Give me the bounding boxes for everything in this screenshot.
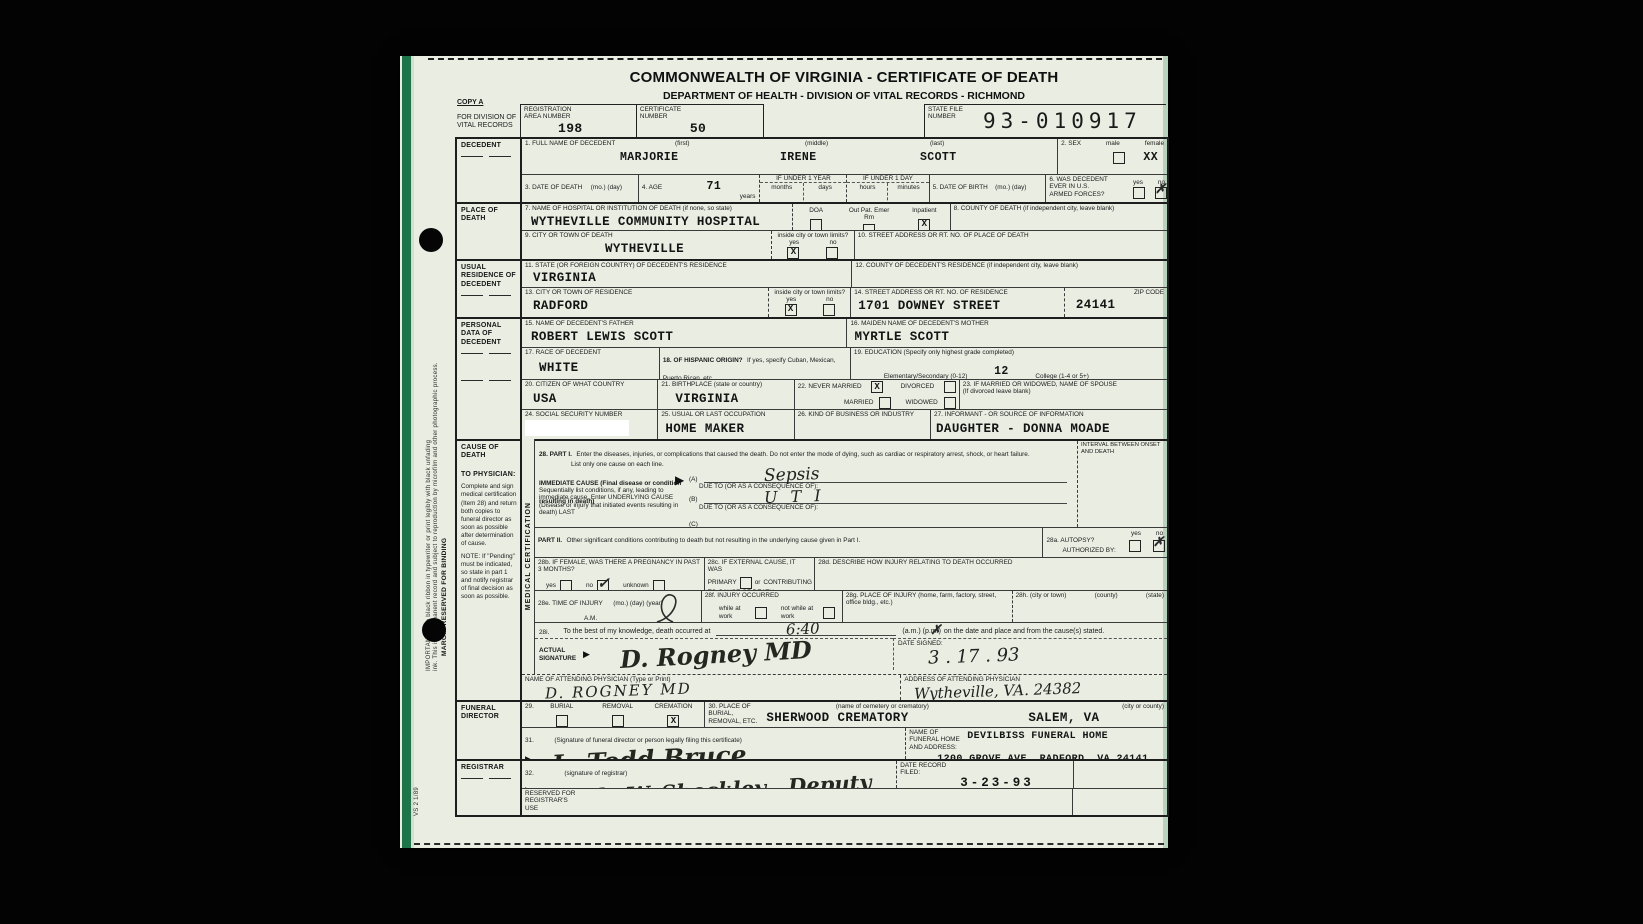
crematory-area: (name of cemetery or crematory) SHERWOOD… bbox=[766, 703, 998, 726]
field-informant: 27. INFORMANT - OR SOURCE OF INFORMATION… bbox=[930, 410, 1167, 439]
field-street-address-death: 10. STREET ADDRESS OR RT. NO. OF PLACE O… bbox=[854, 231, 1167, 259]
spouse-label: 23. IF MARRIED OR WIDOWED, NAME OF SPOUS… bbox=[963, 381, 1164, 388]
burial-col: BURIAL bbox=[534, 703, 590, 726]
hospital-value: WYTHEVILLE COMMUNITY HOSPITAL bbox=[531, 216, 789, 230]
armed-forces-no-mark: ✗ bbox=[1155, 183, 1166, 196]
first-hint: (first) bbox=[675, 140, 805, 147]
field-birthplace: 21. BIRTHPLACE (state or country) VIRGIN… bbox=[657, 380, 793, 409]
reserved-label: RESERVED FOR REGISTRAR'S USE bbox=[525, 790, 581, 812]
row-parents: 15. NAME OF DECEDENT'S FATHER ROBERT LEW… bbox=[522, 317, 1167, 347]
first-name-value: MARJORIE bbox=[620, 152, 780, 165]
birthplace-value: VIRGINIA bbox=[675, 393, 790, 407]
age-years-label: years bbox=[740, 193, 756, 200]
hospital-label: 7. NAME OF HOSPITAL OR INSTITUTION OF DE… bbox=[525, 205, 789, 212]
sidebar-dashes bbox=[461, 380, 518, 381]
actual-signature-area: ACTUAL SIGNATURE ▶ D. Rogney MD bbox=[535, 638, 893, 670]
place-of-injury-label: 28g. PLACE OF INJURY (home, farm, factor… bbox=[846, 592, 1009, 607]
sidebar-personal-label: PERSONAL DATA OF DECEDENT bbox=[461, 322, 518, 347]
cremation-mark: X bbox=[671, 717, 676, 726]
row-ssn-occupation: 24. SOCIAL SECURITY NUMBER 25. USUAL OR … bbox=[522, 409, 1167, 439]
injury-description-label: 28d. DESCRIBE HOW INJURY RELATING TO DEA… bbox=[818, 559, 1164, 566]
armed-forces-yes-checkbox bbox=[1133, 187, 1145, 199]
disposition-num: 29. bbox=[525, 703, 534, 726]
interval-label: INTERVAL BETWEEN ONSET AND DEATH bbox=[1081, 442, 1164, 455]
occupation-value: HOME MAKER bbox=[665, 423, 790, 437]
field-part1: 28. PART I. Enter the diseases, injuries… bbox=[535, 441, 1077, 527]
sidebar-registrar: REGISTRAR bbox=[457, 759, 520, 815]
armed-forces-yes-label: yes bbox=[1133, 179, 1143, 186]
sex-male-checkbox bbox=[1113, 152, 1125, 164]
contributing-label: CONTRIBUTING bbox=[763, 579, 812, 586]
signature-strip: ACTUAL SIGNATURE ▶ D. Rogney MD DATE SIG… bbox=[535, 638, 1167, 670]
injury-city-label: 28h. (city or town) bbox=[1016, 592, 1067, 599]
field-citizen: 20. CITIZEN OF WHAT COUNTRY USA bbox=[522, 380, 657, 409]
pregnancy-no-mark: ✓ bbox=[597, 576, 610, 590]
residence-street-label: 14. STREET ADDRESS OR RT. NO. OF RESIDEN… bbox=[854, 289, 1061, 296]
residence-street-value: 1701 DOWNEY STREET bbox=[858, 300, 1061, 314]
married-label: MARRIED bbox=[844, 399, 873, 406]
sequential-note: Sequentially list conditions, if any, le… bbox=[539, 487, 679, 516]
state-file-label: STATE FILE NUMBER bbox=[928, 106, 980, 121]
row-city-of-death: 9. CITY OR TOWN OF DEATH WYTHEVILLE insi… bbox=[522, 230, 1167, 259]
field-residence-county: 12. COUNTY OF DECEDENT'S RESIDENCE (if i… bbox=[851, 261, 1167, 287]
registration-area-cell: REGISTRATION AREA NUMBER 198 bbox=[521, 105, 636, 138]
sidebar-dashes bbox=[461, 295, 518, 296]
part1-intro-text2: List only one cause on each line. bbox=[571, 461, 1073, 468]
autopsy-sub-label: AUTHORIZED BY: bbox=[1062, 547, 1164, 554]
certificate-number-cell: CERTIFICATE NUMBER 50 bbox=[636, 105, 763, 138]
sidebar-funeral-label: FUNERAL DIRECTOR bbox=[461, 705, 518, 722]
sex-male-label: male bbox=[1106, 140, 1120, 147]
line-c-fill bbox=[704, 517, 1067, 527]
under-1-year-label: IF UNDER 1 YEAR bbox=[760, 175, 846, 183]
race-value: WHITE bbox=[539, 362, 656, 376]
cause-a-value: Sepsis bbox=[763, 466, 819, 485]
informant-value: DAUGHTER - DONNA MOADE bbox=[936, 423, 1164, 437]
sidebar-funeral-director: FUNERAL DIRECTOR bbox=[457, 700, 520, 759]
residence-county-label: 12. COUNTY OF DECEDENT'S RESIDENCE (if i… bbox=[855, 262, 1164, 269]
days-label: days bbox=[803, 183, 846, 202]
row-reserved: RESERVED FOR REGISTRAR'S USE bbox=[522, 788, 1167, 815]
widowed-checkbox bbox=[944, 397, 956, 409]
row-part1: 28. PART I. Enter the diseases, injuries… bbox=[535, 439, 1167, 527]
part1-label: 28. PART I. bbox=[539, 451, 572, 458]
state-file-value-cell: 93-010917 bbox=[983, 105, 1166, 138]
residence-limits-yes-mark: X bbox=[788, 305, 793, 314]
place-of-burial-label: 30. PLACE OF BURIAL, REMOVAL, ETC. bbox=[708, 703, 766, 726]
or-label: or bbox=[755, 579, 761, 586]
registration-area-label: REGISTRATION AREA NUMBER bbox=[524, 106, 584, 121]
injury-occurred-boxes: while at work not while at work bbox=[719, 605, 839, 620]
date-signed-value: 3 . 17 . 93 bbox=[928, 647, 1020, 668]
limits-yes-checkbox: X bbox=[787, 247, 799, 259]
physician-name-value: D. ROGNEY MD bbox=[545, 682, 692, 700]
date-filed-label: DATE RECORD FILED: bbox=[900, 762, 950, 777]
state-file-number: 93-010917 bbox=[983, 111, 1142, 132]
field-reserved: RESERVED FOR REGISTRAR'S USE bbox=[522, 789, 1072, 815]
education-grade-value: 12 bbox=[994, 365, 1009, 378]
pregnancy-boxes: yes no ✓ unknown bbox=[538, 580, 701, 590]
field-marital-status: 22. NEVER MARRIED X DIVORCED MARRIED WID… bbox=[794, 380, 959, 409]
residence-limits-boxes: X bbox=[771, 304, 848, 316]
field-registrar-signature: 32. (signature of registrar) ▶ Carole W.… bbox=[522, 761, 896, 788]
field-spouse: 23. IF MARRIED OR WIDOWED, NAME OF SPOUS… bbox=[959, 380, 1167, 409]
city-of-death-value: WYTHEVILLE bbox=[605, 243, 768, 257]
outpat-col: Out Pat. Emer Rm bbox=[839, 204, 899, 230]
autopsy-yes-checkbox bbox=[1129, 540, 1141, 552]
residence-state-label: 11. STATE (OR FOREIGN COUNTRY) OF DECEDE… bbox=[525, 262, 848, 269]
while-at-work-label: while at work bbox=[719, 605, 747, 620]
pregnancy-unknown-checkbox bbox=[653, 580, 665, 590]
document-title: COMMONWEALTH OF VIRGINIA - CERTIFICATE O… bbox=[530, 69, 1158, 87]
sidebar-place-of-death: PLACE OF DEATH bbox=[457, 202, 520, 259]
field-external-cause: 28c. IF EXTERNAL CAUSE, IT WAS PRIMARY o… bbox=[704, 558, 815, 590]
cremation-checkbox: X bbox=[667, 715, 679, 727]
field-residence-state: 11. STATE (OR FOREIGN COUNTRY) OF DECEDE… bbox=[522, 261, 851, 287]
field-death-location-type: DOA Out Pat. Emer Rm Inpatient X bbox=[792, 204, 950, 230]
field-date-filed: DATE RECORD FILED: 3-23-93 bbox=[896, 761, 1073, 788]
field-residence-street: 14. STREET ADDRESS OR RT. NO. OF RESIDEN… bbox=[850, 288, 1064, 317]
registrar-sig-num: 32. bbox=[525, 770, 534, 777]
row-part2: PART II. Other significant conditions co… bbox=[535, 527, 1167, 557]
ampm-label: (a.m.) (p.m.) ✗ bbox=[902, 628, 941, 636]
sidebar-dashes bbox=[461, 156, 518, 157]
field-city-of-death: 9. CITY OR TOWN OF DEATH WYTHEVILLE bbox=[522, 231, 771, 259]
line-b-label: (B) bbox=[689, 496, 698, 503]
cremation-col: CREMATION X bbox=[646, 703, 702, 726]
residence-limits-label: inside city or town limits? bbox=[771, 289, 848, 296]
row-hospital: 7. NAME OF HOSPITAL OR INSTITUTION OF DE… bbox=[522, 202, 1167, 230]
copy-label: COPY A bbox=[457, 99, 527, 107]
burial-city-hint: (city or county) bbox=[998, 703, 1164, 710]
sidebar-physician-note2: NOTE: If "Pending" must be indicated, so… bbox=[461, 553, 518, 602]
limits-no-label: no bbox=[829, 239, 836, 246]
bottom-perforation-line bbox=[414, 843, 1164, 845]
signature-arrow-icon: ▶ bbox=[583, 649, 590, 660]
funeral-director-signature-script: L. Todd Bruce bbox=[551, 742, 747, 759]
form-sidebar: DECEDENT PLACE OF DEATH USUAL RESIDENCE … bbox=[457, 139, 522, 815]
field-autopsy: 28a. AUTOPSY? AUTHORIZED BY: yes no ✗ bbox=[1042, 528, 1167, 557]
residence-limits-yes-label: yes bbox=[786, 296, 796, 303]
crematory-value: SHERWOOD CREMATORY bbox=[766, 712, 998, 726]
pm-mark: ✗ bbox=[930, 624, 941, 637]
cause-lines: (A) Sepsis DUE TO (OR AS A CONSEQUENCE O… bbox=[689, 472, 1073, 527]
pregnancy-yes-label: yes bbox=[546, 582, 556, 589]
city-limits-boxes: X bbox=[774, 247, 852, 259]
county-of-death-label: 8. COUNTY OF DEATH (if independent city,… bbox=[954, 205, 1164, 212]
father-name-value: ROBERT LEWIS SCOTT bbox=[531, 331, 843, 345]
sidebar-dashes bbox=[461, 778, 518, 779]
field-city-limits-residence: inside city or town limits? yes no X bbox=[768, 288, 850, 317]
part2-label: PART II. bbox=[538, 537, 562, 544]
registration-area-value: 198 bbox=[558, 122, 633, 136]
medical-certification-strip: MEDICAL CERTIFICATION bbox=[522, 439, 535, 674]
residence-state-value: VIRGINIA bbox=[533, 272, 848, 286]
state-file-box: STATE FILE NUMBER 93-010917 bbox=[924, 104, 1166, 139]
father-name-label: 15. NAME OF DECEDENT'S FATHER bbox=[525, 320, 843, 327]
not-while-at-work-label: not while at work bbox=[781, 605, 815, 620]
margin-binding-text: MARGIN RESERVED FOR BINDING bbox=[441, 326, 449, 656]
primary-checkbox bbox=[740, 577, 752, 589]
field-date-of-death: 3. DATE OF DEATH (mo.) (day) (year) 3-17… bbox=[522, 175, 638, 202]
education-values: Elementary/Secondary (0-12) 12 College (… bbox=[854, 361, 1164, 379]
field-if-under-1-day: IF UNDER 1 DAY hours minutes bbox=[846, 175, 928, 202]
full-name-values: MARJORIE IRENE SCOTT bbox=[525, 152, 1054, 165]
limits-yes-mark: X bbox=[791, 248, 796, 257]
last-name-value: SCOTT bbox=[920, 152, 957, 165]
field-full-name: 1. FULL NAME OF DECEDENT (first) (middle… bbox=[522, 139, 1057, 174]
cert-28i-label: 28i. bbox=[539, 629, 549, 636]
binding-strip-highlight bbox=[411, 56, 414, 848]
field-time-of-injury: 28e. TIME OF INJURY (mo.) (day) (year) A… bbox=[535, 591, 701, 622]
sidebar-decedent: DECEDENT bbox=[457, 139, 520, 202]
certificate-form: DECEDENT PLACE OF DEATH USUAL RESIDENCE … bbox=[455, 137, 1169, 817]
marital-row1: 22. NEVER MARRIED X DIVORCED bbox=[798, 381, 956, 393]
field-place-of-burial: 30. PLACE OF BURIAL, REMOVAL, ETC. (name… bbox=[704, 702, 1167, 727]
sex-female-label: female bbox=[1145, 140, 1164, 147]
screenshot-stage: COMMONWEALTH OF VIRGINIA - CERTIFICATE O… bbox=[0, 0, 1643, 924]
row-residence-state: 11. STATE (OR FOREIGN COUNTRY) OF DECEDE… bbox=[522, 259, 1167, 287]
sex-labels: 2. SEX male female bbox=[1061, 140, 1164, 147]
document-header: COMMONWEALTH OF VIRGINIA - CERTIFICATE O… bbox=[530, 69, 1158, 104]
field-part2: PART II. Other significant conditions co… bbox=[535, 528, 1042, 557]
middle-name-value: IRENE bbox=[780, 152, 920, 165]
field-pregnancy: 28b. IF FEMALE, WAS THERE A PREGNANCY IN… bbox=[535, 558, 704, 590]
field-father-name: 15. NAME OF DECEDENT'S FATHER ROBERT LEW… bbox=[522, 319, 846, 347]
physician-signature-script: D. Rogney MD bbox=[619, 637, 812, 671]
city-of-death-label: 9. CITY OR TOWN OF DEATH bbox=[525, 232, 768, 239]
sidebar-dashes bbox=[461, 353, 518, 354]
divorced-checkbox bbox=[944, 381, 956, 393]
mother-name-label: 16. MAIDEN NAME OF DECEDENT'S MOTHER bbox=[850, 320, 1164, 327]
occupation-label: 25. USUAL OR LAST OCCUPATION bbox=[661, 411, 790, 418]
field-sex: 2. SEX male female XX bbox=[1057, 139, 1167, 174]
field-injury-location: 28h. (city or town) (county) (state) bbox=[1012, 591, 1167, 622]
field-armed-forces: 6. WAS DECEDENT EVER IN U.S. ARMED FORCE… bbox=[1045, 175, 1167, 202]
sidebar-place-label: PLACE OF DEATH bbox=[461, 207, 518, 224]
field-hospital: 7. NAME OF HOSPITAL OR INSTITUTION OF DE… bbox=[522, 204, 792, 230]
burial-city-area: (city or county) SALEM, VA bbox=[998, 703, 1164, 726]
divorced-label: DIVORCED bbox=[901, 383, 935, 390]
education-label: 19. EDUCATION (Specify only highest grad… bbox=[854, 349, 1164, 356]
physician-address-value: Wytheville, VA. 24382 bbox=[914, 681, 1082, 700]
zip-label: ZIP CODE bbox=[1068, 289, 1164, 296]
field-certification: 28i. To the best of my knowledge, death … bbox=[535, 623, 1167, 674]
full-name-labels: 1. FULL NAME OF DECEDENT (first) (middle… bbox=[525, 140, 1054, 147]
outpat-label: Out Pat. Emer Rm bbox=[847, 207, 891, 222]
minutes-label: minutes bbox=[887, 183, 928, 202]
immediate-cause-arrow-icon: ▶ bbox=[675, 473, 684, 487]
injury-county-label: (county) bbox=[1095, 592, 1118, 599]
certificate-number-label: CERTIFICATE NUMBER bbox=[640, 106, 700, 121]
funeral-home-row: NAME OF FUNERAL HOME AND ADDRESS: DEVILB… bbox=[909, 729, 1164, 751]
sidebar-to-physician-label: TO PHYSICIAN: bbox=[461, 471, 518, 479]
never-married-label: 22. NEVER MARRIED bbox=[798, 383, 862, 390]
row-pregnancy-external: 28b. IF FEMALE, WAS THERE A PREGNANCY IN… bbox=[535, 557, 1167, 590]
external-cause-boxes: PRIMARY or CONTRIBUTING bbox=[708, 577, 812, 589]
age-label: 4. AGE bbox=[642, 184, 662, 191]
registrar-sig-hint: (signature of registrar) bbox=[564, 770, 627, 777]
injury-occurred-label: 28f. INJURY OCCURRED bbox=[705, 592, 839, 599]
full-name-label: 1. FULL NAME OF DECEDENT bbox=[525, 140, 675, 147]
armed-forces-no-checkbox: ✗ bbox=[1155, 187, 1167, 199]
field-city-limits-death: inside city or town limits? yes no X bbox=[771, 231, 854, 259]
birthplace-label: 21. BIRTHPLACE (state or country) bbox=[661, 381, 790, 388]
field-physician-address: ADDRESS OF ATTENDING PHYSICIAN Wythevill… bbox=[900, 675, 1167, 700]
field-education: 19. EDUCATION (Specify only highest grad… bbox=[850, 348, 1167, 379]
actual-signature-label: ACTUAL SIGNATURE bbox=[539, 647, 583, 662]
residence-city-value: RADFORD bbox=[533, 300, 765, 314]
months-label: months bbox=[760, 183, 802, 202]
field-date-of-birth: 5. DATE OF BIRTH (mo.) (day) (year) 1-21… bbox=[929, 175, 1046, 202]
line-a-fill: Sepsis bbox=[704, 472, 1067, 483]
copy-block: COPY A FOR DIVISION OF VITAL RECORDS bbox=[457, 99, 527, 130]
education-grade-line: 12 bbox=[971, 361, 1031, 379]
field-ssn: 24. SOCIAL SECURITY NUMBER bbox=[522, 410, 657, 439]
field-disposition-type: 29. BURIAL REMOVAL CREMATION X bbox=[522, 702, 704, 727]
row-registrar: 32. (signature of registrar) ▶ Carole W.… bbox=[522, 759, 1167, 788]
pregnancy-yes-checkbox bbox=[560, 580, 572, 590]
row-certification-signature: 28i. To the best of my knowledge, death … bbox=[535, 622, 1167, 674]
removal-col: REMOVAL bbox=[590, 703, 646, 726]
autopsy-no-checkbox: ✗ bbox=[1153, 540, 1165, 552]
sidebar-cause-label: CAUSE OF DEATH bbox=[461, 444, 518, 461]
sidebar-registrar-label: REGISTRAR bbox=[461, 764, 518, 772]
zip-value: 24141 bbox=[1076, 299, 1164, 313]
residence-limits-yes-checkbox: X bbox=[785, 304, 797, 316]
middle-hint: (middle) bbox=[805, 140, 930, 147]
certification-statement: 28i. To the best of my knowledge, death … bbox=[535, 623, 1167, 636]
sex-label: 2. SEX bbox=[1061, 140, 1081, 147]
doa-label: DOA bbox=[793, 207, 839, 214]
age-value: 71 bbox=[707, 181, 722, 194]
field-funeral-signature: 31. (Signature of funeral director or pe… bbox=[522, 728, 905, 759]
under-1-day-label: IF UNDER 1 DAY bbox=[847, 175, 928, 183]
top-perforation-line bbox=[428, 58, 1162, 60]
line-a-label: (A) bbox=[689, 476, 698, 483]
cemetery-hint: (name of cemetery or crematory) bbox=[766, 703, 998, 710]
city-limits-label: inside city or town limits? bbox=[774, 232, 852, 239]
funeral-home-label: NAME OF FUNERAL HOME AND ADDRESS: bbox=[909, 729, 963, 751]
pregnancy-no-checkbox: ✓ bbox=[597, 580, 609, 590]
cause-ab-value: U T I bbox=[763, 488, 824, 506]
date-of-death-label: 3. DATE OF DEATH bbox=[525, 184, 582, 191]
under-1-year-cols: months days bbox=[760, 183, 846, 202]
spouse-hint: (If divorced leave blank) bbox=[963, 388, 1164, 395]
doa-checkbox bbox=[810, 219, 822, 230]
burial-checkbox bbox=[556, 715, 568, 727]
cert-post-text: on the date and place and from the cause… bbox=[944, 628, 1104, 636]
field-interval: INTERVAL BETWEEN ONSET AND DEATH bbox=[1077, 441, 1167, 527]
burial-label: BURIAL bbox=[534, 703, 590, 710]
field-mother-name: 16. MAIDEN NAME OF DECEDENT'S MOTHER MYR… bbox=[846, 319, 1167, 347]
sidebar-decedent-label: DECEDENT bbox=[461, 142, 518, 150]
sex-values: XX bbox=[1061, 152, 1164, 165]
field-funeral-home: NAME OF FUNERAL HOME AND ADDRESS: DEVILB… bbox=[905, 728, 1167, 759]
date-filed-value: 3-23-93 bbox=[960, 777, 1070, 788]
residence-limits-cols: yes no bbox=[771, 296, 848, 303]
hole-punch-top bbox=[419, 228, 443, 252]
cause-line-c: (C) bbox=[689, 517, 1073, 527]
sidebar-personal-data: PERSONAL DATA OF DECEDENT bbox=[457, 317, 520, 439]
city-limits-cols: yes no bbox=[774, 239, 852, 246]
residence-limits-no-label: no bbox=[826, 296, 833, 303]
field-if-under-1-year: IF UNDER 1 YEAR months days bbox=[759, 175, 846, 202]
funeral-home-name: DEVILBISS FUNERAL HOME bbox=[967, 731, 1108, 751]
part2-text: Other significant conditions contributin… bbox=[566, 537, 860, 544]
widowed-label: WIDOWED bbox=[905, 399, 937, 406]
doa-col: DOA bbox=[793, 204, 839, 230]
injury-location-labels: 28h. (city or town) (county) (state) bbox=[1016, 592, 1164, 599]
for-division-label: FOR DIVISION OF VITAL RECORDS bbox=[457, 114, 517, 130]
field-hispanic: 18. OF HISPANIC ORIGIN? If yes, specify … bbox=[659, 348, 850, 379]
row-attending-physician: NAME OF ATTENDING PHYSICIAN (Type or Pri… bbox=[522, 674, 1167, 700]
document-subtitle: DEPARTMENT OF HEALTH - DIVISION OF VITAL… bbox=[530, 90, 1158, 104]
never-married-checkbox: X bbox=[871, 381, 883, 393]
mother-name-value: MYRTLE SCOTT bbox=[854, 331, 1164, 345]
cremation-label: CREMATION bbox=[646, 703, 702, 710]
citizen-label: 20. CITIZEN OF WHAT COUNTRY bbox=[525, 381, 654, 388]
cause-line-a: (A) Sepsis bbox=[689, 472, 1073, 483]
death-certificate-document: COMMONWEALTH OF VIRGINIA - CERTIFICATE O… bbox=[400, 56, 1168, 848]
green-binding-strip bbox=[402, 56, 411, 848]
armed-forces-label: 6. WAS DECEDENT EVER IN U.S. ARMED FORCE… bbox=[1049, 176, 1111, 198]
sidebar-residence-label: USUAL RESIDENCE OF DECEDENT bbox=[461, 264, 518, 289]
inpatient-col: Inpatient X bbox=[899, 204, 950, 230]
cause-line-b: (B) U T I bbox=[689, 493, 1073, 504]
field-injury-occurred: 28f. INJURY OCCURRED while at work not w… bbox=[701, 591, 842, 622]
row-disposition: 29. BURIAL REMOVAL CREMATION X 3 bbox=[522, 700, 1167, 727]
field-race: 17. RACE OF DECEDENT WHITE bbox=[522, 348, 659, 379]
inpatient-label: Inpatient bbox=[899, 207, 950, 214]
hole-punch-bottom bbox=[422, 618, 446, 642]
informant-label: 27. INFORMANT - OR SOURCE OF INFORMATION bbox=[934, 411, 1164, 418]
never-married-mark: X bbox=[874, 383, 879, 392]
under-1-day-cols: hours minutes bbox=[847, 183, 928, 202]
street-address-death-label: 10. STREET ADDRESS OR RT. NO. OF PLACE O… bbox=[858, 232, 1164, 239]
field-injury-description: 28d. DESCRIBE HOW INJURY RELATING TO DEA… bbox=[814, 558, 1167, 590]
certificate-number-value: 50 bbox=[690, 122, 760, 136]
last-hint: (last) bbox=[930, 140, 944, 147]
married-checkbox bbox=[879, 397, 891, 409]
form-code: VS 2 1/89 bbox=[414, 756, 421, 816]
limits-yes-label: yes bbox=[789, 239, 799, 246]
limits-no-checkbox bbox=[826, 247, 838, 259]
registrar-sig-line: ▶ Carole W. Shockley , Deputy bbox=[525, 780, 893, 788]
cert-pre-text: To the best of my knowledge, death occur… bbox=[563, 628, 710, 636]
sidebar-cause-of-death: CAUSE OF DEATH TO PHYSICIAN: Complete an… bbox=[457, 439, 520, 700]
removal-label: REMOVAL bbox=[590, 703, 646, 710]
inpatient-checkbox: X bbox=[918, 219, 930, 230]
field-occupation: 25. USUAL OR LAST OCCUPATION HOME MAKER bbox=[657, 410, 793, 439]
autopsy-label: 28a. AUTOPSY? bbox=[1046, 537, 1094, 544]
field-age: 4. AGE 71 years bbox=[638, 175, 760, 202]
field-business: 26. KIND OF BUSINESS OR INDUSTRY bbox=[794, 410, 930, 439]
registrar-stamp-box bbox=[1073, 761, 1167, 788]
time-of-injury-label: 28e. TIME OF INJURY bbox=[538, 600, 603, 607]
sidebar-physician-note1: Complete and sign medical certification … bbox=[461, 483, 518, 548]
due-to-b-label: DUE TO (OR AS A CONSEQUENCE OF): bbox=[699, 504, 1073, 511]
part1-intro-text: Enter the diseases, injuries, or complic… bbox=[576, 451, 1029, 458]
ssn-label: 24. SOCIAL SECURITY NUMBER bbox=[525, 411, 654, 418]
residence-city-label: 13. CITY OR TOWN OF RESIDENCE bbox=[525, 289, 765, 296]
business-label: 26. KIND OF BUSINESS OR INDUSTRY bbox=[798, 411, 927, 418]
row-name-sex: 1. FULL NAME OF DECEDENT (first) (middle… bbox=[522, 139, 1167, 174]
burial-city-value: SALEM, VA bbox=[1028, 712, 1164, 726]
state-file-label-cell: STATE FILE NUMBER bbox=[925, 105, 983, 138]
while-at-work-checkbox bbox=[755, 607, 767, 619]
line-b-fill: U T I bbox=[704, 493, 1067, 504]
